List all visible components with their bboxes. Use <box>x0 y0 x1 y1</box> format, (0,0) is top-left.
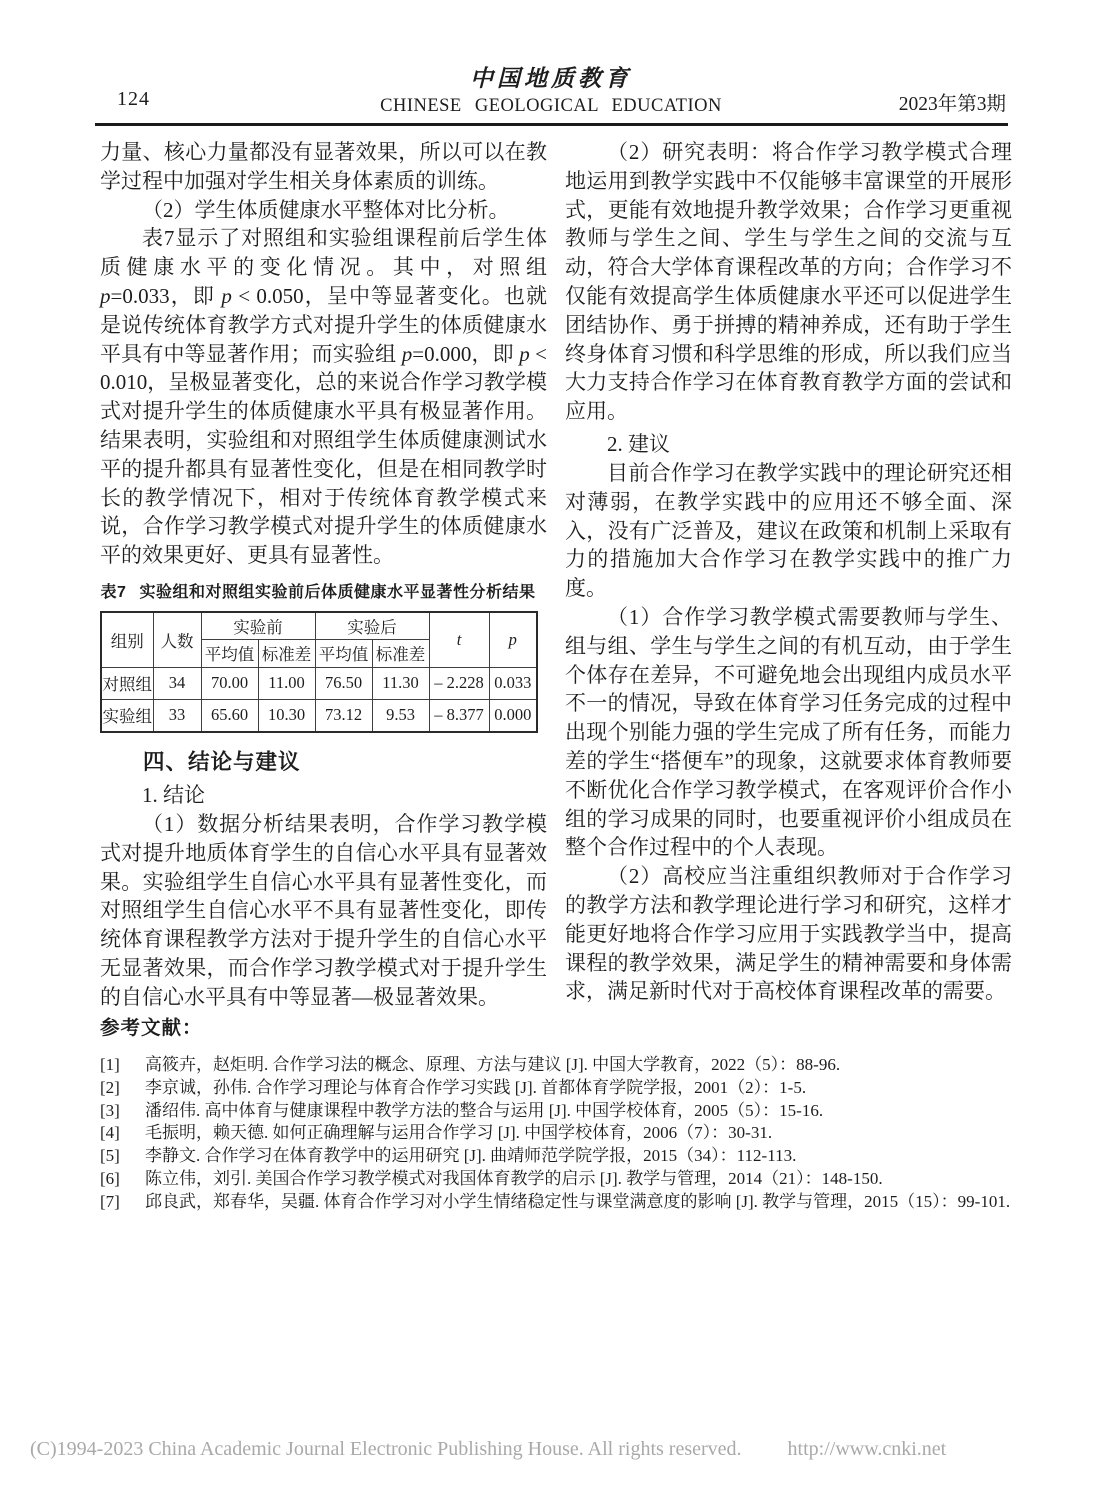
col-header-mean: 平均值 <box>315 639 372 667</box>
text-run: =0.000，即 <box>412 342 519 366</box>
reference-item: [6]陈立伟，刘引. 美国合作学习教学模式对我国体育教学的启示 [J]. 教学与… <box>100 1168 1050 1191</box>
table-title: 实验组和对照组实验前后体质健康水平显著性分析结果 <box>139 584 535 601</box>
table-label: 表7 <box>101 584 127 601</box>
body-columns: 力量、核心力量都没有显著效果，所以可以在教学过程中加强对学生相关身体素质的训练。… <box>100 138 1012 1012</box>
table-caption: 表7实验组和对照组实验前后体质健康水平显著性分析结果 <box>100 582 536 604</box>
cell-pre-sd: 11.00 <box>258 667 315 699</box>
paragraph-suggestion-1: （1）合作学习教学模式需要教师与学生、组与组、学生与学生之间的有机互动，由于学生… <box>565 603 1012 862</box>
references-section: 参考文献： [1]高筱卉，赵炬明. 合作学习法的概念、原理、方法与建议 [J].… <box>100 1012 1050 1214</box>
reference-text: 高筱卉，赵炬明. 合作学习法的概念、原理、方法与建议 [J]. 中国大学教育，2… <box>145 1055 840 1074</box>
journal-page: 124 中国地质教育 CHINESE GEOLOGICAL EDUCATION … <box>0 0 1102 1496</box>
sub-heading-conclusion: 1. 结论 <box>100 781 547 810</box>
reference-text: 李京诚，孙伟. 合作学习理论与体育合作学习实践 [J]. 首都体育学院学报，20… <box>145 1078 806 1097</box>
variable-p: p <box>519 342 530 366</box>
col-header-n: 人数 <box>153 612 201 668</box>
reference-text: 毛振明，赖天德. 如何正确理解与运用合作学习 [J]. 中国学校体育，2006（… <box>145 1123 772 1142</box>
cell-post-sd: 9.53 <box>372 699 429 732</box>
reference-number: [2] <box>100 1077 145 1100</box>
paragraph-analysis-title: （2）学生体质健康水平整体对比分析。 <box>100 196 547 225</box>
section-heading-conclusion: 四、结论与建议 <box>100 747 547 777</box>
reference-number: [6] <box>100 1168 145 1191</box>
cell-n: 33 <box>153 699 201 732</box>
cell-p: 0.033 <box>489 667 537 699</box>
variable-p: p <box>100 284 111 308</box>
reference-number: [3] <box>100 1100 145 1123</box>
paragraph-table7-analysis: 表7显示了对照组和实验组课程前后学生体质健康水平的变化情况。其中，对照组 p=0… <box>100 224 547 570</box>
table-row: 对照组 34 70.00 11.00 76.50 11.30 – 2.228 0… <box>101 667 537 699</box>
reference-text: 潘绍伟. 高中体育与健康课程中教学方法的整合与运用 [J]. 中国学校体育，20… <box>145 1101 823 1120</box>
left-column: 力量、核心力量都没有显著效果，所以可以在教学过程中加强对学生相关身体素质的训练。… <box>100 138 547 1012</box>
reference-number: [1] <box>100 1054 145 1077</box>
header-rule <box>95 123 1008 126</box>
cell-p: 0.000 <box>489 699 537 732</box>
table-7: 组别 人数 实验前 实验后 t p 平均值 标准差 平均值 标准差 对照 <box>100 611 538 733</box>
reference-item: [7]邱良武，郑春华，吴疆. 体育合作学习对小学生情绪稳定性与课堂满意度的影响 … <box>100 1191 1050 1214</box>
cell-pre-sd: 10.30 <box>258 699 315 732</box>
sub-heading-suggestion: 2. 建议 <box>565 430 1012 459</box>
paragraph-conclusion-2: （2）研究表明：将合作学习教学模式合理地运用到教学实践中不仅能够丰富课堂的开展形… <box>565 138 1012 426</box>
reference-text: 陈立伟，刘引. 美国合作学习教学模式对我国体育教学的启示 [J]. 教学与管理，… <box>145 1169 883 1188</box>
references-heading: 参考文献： <box>100 1012 1050 1040</box>
reference-number: [4] <box>100 1122 145 1145</box>
reference-text: 邱良武，郑春华，吴疆. 体育合作学习对小学生情绪稳定性与课堂满意度的影响 [J]… <box>145 1192 1010 1211</box>
issue-label: 2023年第3期 <box>899 88 1006 116</box>
cell-post-mean: 76.50 <box>315 667 372 699</box>
copyright-footer: (C)1994-2023 China Academic Journal Elec… <box>30 1438 946 1461</box>
table-row: 实验组 33 65.60 10.30 73.12 9.53 – 8.377 0.… <box>101 699 537 732</box>
paragraph-training: 力量、核心力量都没有显著效果，所以可以在教学过程中加强对学生相关身体素质的训练。 <box>100 138 547 196</box>
col-header-pre: 实验前 <box>201 612 315 640</box>
cell-group: 实验组 <box>101 699 153 732</box>
cnki-url: http://www.cnki.net <box>788 1438 947 1460</box>
col-header-post: 实验后 <box>315 612 429 640</box>
reference-number: [5] <box>100 1145 145 1168</box>
cell-group: 对照组 <box>101 667 153 699</box>
cell-n: 34 <box>153 667 201 699</box>
reference-text: 李静文. 合作学习在体育教学中的运用研究 [J]. 曲靖师范学院学报，2015（… <box>145 1146 796 1165</box>
col-header-sd: 标准差 <box>372 639 429 667</box>
col-header-p: p <box>489 612 537 668</box>
reference-item: [4]毛振明，赖天德. 如何正确理解与运用合作学习 [J]. 中国学校体育，20… <box>100 1122 1050 1145</box>
col-header-group: 组别 <box>101 612 153 668</box>
text-run: < 0.010，呈极显著变化，总的来说合作学习教学模式对提升学生的体质健康水平具… <box>100 342 547 568</box>
text-run: =0.033，即 <box>111 284 222 308</box>
cell-t: – 8.377 <box>429 699 489 732</box>
col-header-mean: 平均值 <box>201 639 258 667</box>
cell-pre-mean: 65.60 <box>201 699 258 732</box>
reference-item: [2]李京诚，孙伟. 合作学习理论与体育合作学习实践 [J]. 首都体育学院学报… <box>100 1077 1050 1100</box>
paragraph-conclusion-1: （1）数据分析结果表明，合作学习教学模式对提升地质体育学生的自信心水平具有显著效… <box>100 810 547 1012</box>
reference-number: [7] <box>100 1191 145 1214</box>
reference-item: [1]高筱卉，赵炬明. 合作学习法的概念、原理、方法与建议 [J]. 中国大学教… <box>100 1054 1050 1077</box>
right-column: （2）研究表明：将合作学习教学模式合理地运用到教学实践中不仅能够丰富课堂的开展形… <box>565 138 1012 1012</box>
cell-pre-mean: 70.00 <box>201 667 258 699</box>
table-block: 表7实验组和对照组实验前后体质健康水平显著性分析结果 组别 人数 实验前 实验后… <box>100 582 536 733</box>
text-run: 表7显示了对照组和实验组课程前后学生体质健康水平的变化情况。其中，对照组 <box>100 226 547 279</box>
cell-post-mean: 73.12 <box>315 699 372 732</box>
reference-item: [5]李静文. 合作学习在体育教学中的运用研究 [J]. 曲靖师范学院学报，20… <box>100 1145 1050 1168</box>
variable-p: p <box>221 284 232 308</box>
col-header-sd: 标准差 <box>258 639 315 667</box>
cell-post-sd: 11.30 <box>372 667 429 699</box>
variable-p: p <box>402 342 413 366</box>
cell-t: – 2.228 <box>429 667 489 699</box>
paragraph-suggestion-intro: 目前合作学习在教学实践中的理论研究还相对薄弱，在教学实践中的应用还不够全面、深入… <box>565 459 1012 603</box>
paragraph-suggestion-2: （2）高校应当注重组织教师对于合作学习的教学方法和教学理论进行学习和研究，这样才… <box>565 862 1012 1006</box>
copyright-text: (C)1994-2023 China Academic Journal Elec… <box>30 1438 742 1460</box>
col-header-t: t <box>429 612 489 668</box>
reference-item: [3]潘绍伟. 高中体育与健康课程中教学方法的整合与运用 [J]. 中国学校体育… <box>100 1100 1050 1123</box>
